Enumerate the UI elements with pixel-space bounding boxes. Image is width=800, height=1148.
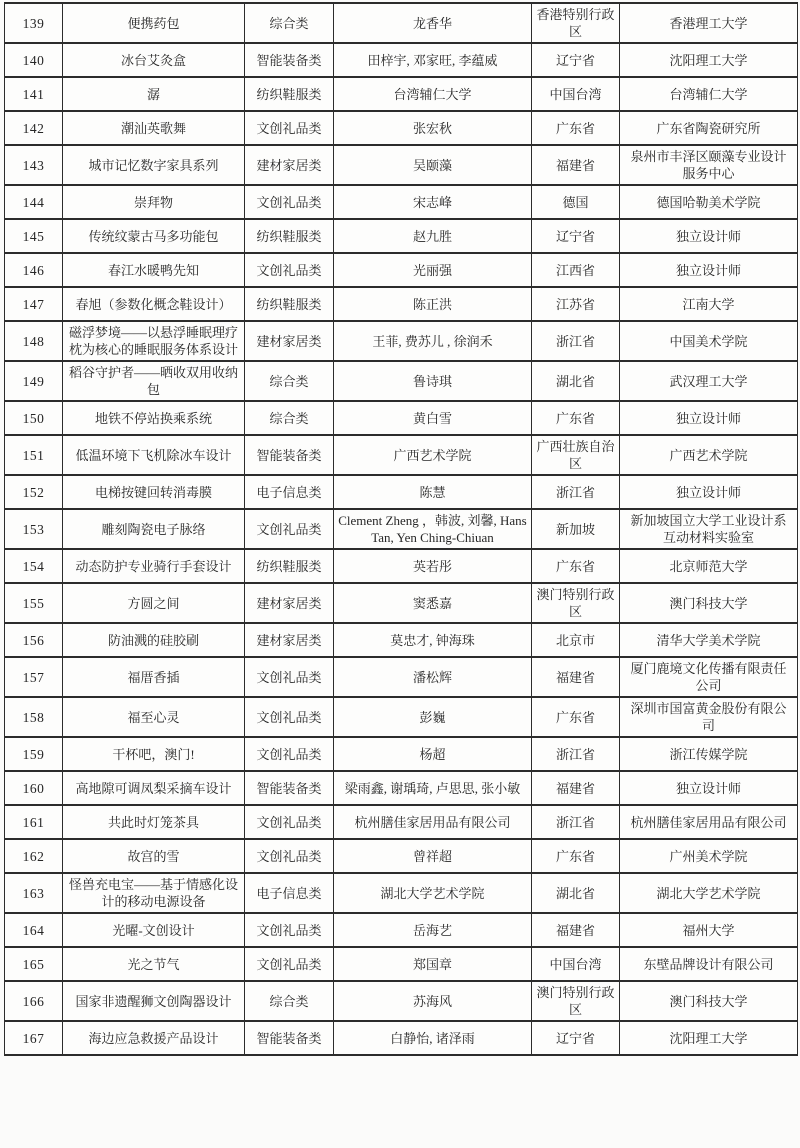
cell-entry-number: 142 [5,111,63,145]
cell-entry-number: 156 [5,623,63,657]
table-row: 153 雕刻陶瓷电子脉络 文创礼品类 Clement Zheng ，韩波, 刘馨… [5,509,798,549]
cell-entry-number: 141 [5,77,63,111]
cell-institution: 独立设计师 [620,771,798,805]
cell-work-title: 光曜-文创设计 [63,913,245,947]
cell-designers: 台湾辅仁大学 [334,77,532,111]
cell-region: 辽宁省 [532,1021,620,1055]
cell-region: 广东省 [532,697,620,737]
cell-institution: 沈阳理工大学 [620,43,798,77]
cell-entry-number: 143 [5,145,63,185]
cell-designers: 光丽强 [334,253,532,287]
cell-category: 建材家居类 [245,583,334,623]
cell-designers: 鲁诗琪 [334,361,532,401]
cell-work-title: 海边应急救援产品设计 [63,1021,245,1055]
table-row: 162 故宫的雪 文创礼品类 曾祥超 广东省 广州美术学院 [5,839,798,873]
cell-designers: 广西艺术学院 [334,435,532,475]
cell-institution: 清华大学美术学院 [620,623,798,657]
cell-designers: 英若彤 [334,549,532,583]
cell-institution: 泉州市丰泽区颐藻专业设计服务中心 [620,145,798,185]
cell-designers: 宋志峰 [334,185,532,219]
cell-region: 江苏省 [532,287,620,321]
cell-designers: 吴颐藻 [334,145,532,185]
cell-region: 福建省 [532,771,620,805]
cell-designers: 杭州膳佳家居用品有限公司 [334,805,532,839]
cell-region: 浙江省 [532,475,620,509]
table-row: 152 电梯按键回转消毒膜 电子信息类 陈慧 浙江省 独立设计师 [5,475,798,509]
cell-region: 中国台湾 [532,77,620,111]
cell-region: 广东省 [532,111,620,145]
cell-category: 文创礼品类 [245,913,334,947]
cell-category: 纺织鞋服类 [245,549,334,583]
cell-category: 文创礼品类 [245,657,334,697]
cell-region: 湖北省 [532,873,620,913]
cell-entry-number: 139 [5,3,63,43]
cell-category: 文创礼品类 [245,185,334,219]
table-row: 143 城市记忆数字家具系列 建材家居类 吴颐藻 福建省 泉州市丰泽区颐藻专业设… [5,145,798,185]
cell-work-title: 稻谷守护者——晒收双用收纳包 [63,361,245,401]
cell-entry-number: 146 [5,253,63,287]
table-row: 150 地铁不停站换乘系统 综合类 黄白雪 广东省 独立设计师 [5,401,798,435]
cell-designers: 郑国章 [334,947,532,981]
cell-entry-number: 160 [5,771,63,805]
cell-designers: 苏海风 [334,981,532,1021]
cell-category: 智能装备类 [245,771,334,805]
cell-institution: 武汉理工大学 [620,361,798,401]
cell-designers: Clement Zheng ，韩波, 刘馨, Hans Tan, Yen Chi… [334,509,532,549]
cell-category: 电子信息类 [245,475,334,509]
cell-designers: 赵九胜 [334,219,532,253]
table-row: 164 光曜-文创设计 文创礼品类 岳海艺 福建省 福州大学 [5,913,798,947]
cell-category: 文创礼品类 [245,509,334,549]
cell-entry-number: 152 [5,475,63,509]
cell-category: 文创礼品类 [245,737,334,771]
cell-entry-number: 140 [5,43,63,77]
cell-institution: 东壁品牌设计有限公司 [620,947,798,981]
cell-category: 建材家居类 [245,321,334,361]
cell-institution: 独立设计师 [620,401,798,435]
cell-category: 纺织鞋服类 [245,219,334,253]
cell-region: 澳门特别行政区 [532,981,620,1021]
table-row: 154 动态防护专业骑行手套设计 纺织鞋服类 英若彤 广东省 北京师范大学 [5,549,798,583]
cell-designers: 杨超 [334,737,532,771]
cell-entry-number: 167 [5,1021,63,1055]
award-list-table: 139 便携药包 综合类 龙香华 香港特别行政区 香港理工大学 140 冰台艾灸… [4,2,798,1056]
cell-entry-number: 159 [5,737,63,771]
cell-category: 智能装备类 [245,435,334,475]
cell-institution: 中国美术学院 [620,321,798,361]
cell-region: 江西省 [532,253,620,287]
cell-work-title: 怪兽充电宝——基于情感化设计的移动电源设备 [63,873,245,913]
cell-category: 纺织鞋服类 [245,77,334,111]
cell-institution: 独立设计师 [620,219,798,253]
cell-work-title: 国家非遗醒狮文创陶器设计 [63,981,245,1021]
table-row: 146 春江水暖鸭先知 文创礼品类 光丽强 江西省 独立设计师 [5,253,798,287]
table-row: 149 稻谷守护者——晒收双用收纳包 综合类 鲁诗琪 湖北省 武汉理工大学 [5,361,798,401]
cell-category: 综合类 [245,3,334,43]
cell-institution: 北京师范大学 [620,549,798,583]
cell-category: 建材家居类 [245,623,334,657]
cell-designers: 白静怡, 诸泽雨 [334,1021,532,1055]
cell-work-title: 方圆之间 [63,583,245,623]
cell-region: 广东省 [532,839,620,873]
cell-institution: 广州美术学院 [620,839,798,873]
cell-region: 广东省 [532,401,620,435]
cell-entry-number: 161 [5,805,63,839]
cell-designers: 窦悉嘉 [334,583,532,623]
cell-designers: 陈正洪 [334,287,532,321]
cell-institution: 浙江传媒学院 [620,737,798,771]
cell-designers: 王菲, 费苏儿 , 徐润禾 [334,321,532,361]
cell-institution: 澳门科技大学 [620,981,798,1021]
cell-category: 文创礼品类 [245,839,334,873]
cell-work-title: 干杯吧，澳门! [63,737,245,771]
cell-institution: 新加坡国立大学工业设计系互动材料实验室 [620,509,798,549]
cell-region: 湖北省 [532,361,620,401]
cell-entry-number: 151 [5,435,63,475]
cell-institution: 台湾辅仁大学 [620,77,798,111]
table-row: 139 便携药包 综合类 龙香华 香港特别行政区 香港理工大学 [5,3,798,43]
table-row: 157 福厝香插 文创礼品类 潘松辉 福建省 厦门鹿境文化传播有限责任公司 [5,657,798,697]
cell-category: 建材家居类 [245,145,334,185]
cell-region: 福建省 [532,657,620,697]
cell-designers: 张宏秋 [334,111,532,145]
cell-category: 文创礼品类 [245,805,334,839]
cell-work-title: 动态防护专业骑行手套设计 [63,549,245,583]
cell-category: 智能装备类 [245,43,334,77]
cell-work-title: 崇拜物 [63,185,245,219]
cell-work-title: 低温环境下飞机除冰车设计 [63,435,245,475]
cell-institution: 独立设计师 [620,475,798,509]
table-row: 167 海边应急救援产品设计 智能装备类 白静怡, 诸泽雨 辽宁省 沈阳理工大学 [5,1021,798,1055]
cell-work-title: 传统纹蒙古马多功能包 [63,219,245,253]
cell-entry-number: 150 [5,401,63,435]
cell-designers: 梁雨鑫, 谢瑀琦, 卢思思, 张小敏 [334,771,532,805]
cell-work-title: 共此时灯笼茶具 [63,805,245,839]
cell-category: 综合类 [245,981,334,1021]
table-row: 159 干杯吧，澳门! 文创礼品类 杨超 浙江省 浙江传媒学院 [5,737,798,771]
cell-designers: 黄白雪 [334,401,532,435]
cell-category: 文创礼品类 [245,947,334,981]
cell-entry-number: 163 [5,873,63,913]
cell-entry-number: 162 [5,839,63,873]
cell-entry-number: 155 [5,583,63,623]
cell-designers: 岳海艺 [334,913,532,947]
cell-work-title: 磁浮梦境——以悬浮睡眠理疗枕为核心的睡眠服务体系设计 [63,321,245,361]
cell-institution: 澳门科技大学 [620,583,798,623]
cell-category: 文创礼品类 [245,111,334,145]
cell-region: 福建省 [532,913,620,947]
cell-category: 智能装备类 [245,1021,334,1055]
cell-entry-number: 164 [5,913,63,947]
cell-institution: 深圳市国富黄金股份有限公司 [620,697,798,737]
cell-work-title: 光之节气 [63,947,245,981]
cell-entry-number: 165 [5,947,63,981]
cell-category: 电子信息类 [245,873,334,913]
cell-institution: 独立设计师 [620,253,798,287]
cell-designers: 曾祥超 [334,839,532,873]
cell-institution: 杭州膳佳家居用品有限公司 [620,805,798,839]
table-row: 145 传统纹蒙古马多功能包 纺织鞋服类 赵九胜 辽宁省 独立设计师 [5,219,798,253]
cell-work-title: 福厝香插 [63,657,245,697]
cell-designers: 潘松辉 [334,657,532,697]
cell-institution: 广西艺术学院 [620,435,798,475]
cell-institution: 福州大学 [620,913,798,947]
cell-entry-number: 157 [5,657,63,697]
cell-institution: 江南大学 [620,287,798,321]
cell-work-title: 故宫的雪 [63,839,245,873]
cell-region: 澳门特别行政区 [532,583,620,623]
cell-work-title: 冰台艾灸盒 [63,43,245,77]
cell-region: 新加坡 [532,509,620,549]
cell-region: 北京市 [532,623,620,657]
cell-work-title: 春江水暖鸭先知 [63,253,245,287]
table-body: 139 便携药包 综合类 龙香华 香港特别行政区 香港理工大学 140 冰台艾灸… [5,3,798,1055]
cell-designers: 湖北大学艺术学院 [334,873,532,913]
cell-category: 综合类 [245,361,334,401]
cell-work-title: 雕刻陶瓷电子脉络 [63,509,245,549]
table-row: 140 冰台艾灸盒 智能装备类 田梓宇, 邓家旺, 李蕴威 辽宁省 沈阳理工大学 [5,43,798,77]
cell-institution: 厦门鹿境文化传播有限责任公司 [620,657,798,697]
cell-designers: 田梓宇, 邓家旺, 李蕴威 [334,43,532,77]
cell-entry-number: 158 [5,697,63,737]
cell-work-title: 防油溅的硅胶刷 [63,623,245,657]
cell-entry-number: 149 [5,361,63,401]
cell-entry-number: 154 [5,549,63,583]
table-row: 151 低温环境下飞机除冰车设计 智能装备类 广西艺术学院 广西壮族自治区 广西… [5,435,798,475]
table-row: 147 春旭（参数化概念鞋设计） 纺织鞋服类 陈正洪 江苏省 江南大学 [5,287,798,321]
cell-region: 浙江省 [532,737,620,771]
cell-work-title: 电梯按键回转消毒膜 [63,475,245,509]
cell-region: 辽宁省 [532,43,620,77]
cell-institution: 德国哈勒美术学院 [620,185,798,219]
cell-region: 香港特别行政区 [532,3,620,43]
cell-work-title: 高地隙可调凤梨采摘车设计 [63,771,245,805]
table-row: 142 潮汕英歌舞 文创礼品类 张宏秋 广东省 广东省陶瓷研究所 [5,111,798,145]
table-row: 166 国家非遗醒狮文创陶器设计 综合类 苏海风 澳门特别行政区 澳门科技大学 [5,981,798,1021]
cell-entry-number: 147 [5,287,63,321]
cell-category: 综合类 [245,401,334,435]
cell-designers: 龙香华 [334,3,532,43]
cell-region: 广东省 [532,549,620,583]
cell-region: 浙江省 [532,805,620,839]
table-row: 148 磁浮梦境——以悬浮睡眠理疗枕为核心的睡眠服务体系设计 建材家居类 王菲,… [5,321,798,361]
cell-institution: 广东省陶瓷研究所 [620,111,798,145]
cell-work-title: 潮汕英歌舞 [63,111,245,145]
cell-entry-number: 148 [5,321,63,361]
table-row: 161 共此时灯笼茶具 文创礼品类 杭州膳佳家居用品有限公司 浙江省 杭州膳佳家… [5,805,798,839]
cell-entry-number: 144 [5,185,63,219]
cell-work-title: 便携药包 [63,3,245,43]
cell-region: 辽宁省 [532,219,620,253]
cell-designers: 彭巍 [334,697,532,737]
table-row: 141 潺 纺织鞋服类 台湾辅仁大学 中国台湾 台湾辅仁大学 [5,77,798,111]
cell-category: 纺织鞋服类 [245,287,334,321]
table-row: 144 崇拜物 文创礼品类 宋志峰 德国 德国哈勒美术学院 [5,185,798,219]
cell-category: 文创礼品类 [245,253,334,287]
cell-entry-number: 145 [5,219,63,253]
table-row: 160 高地隙可调凤梨采摘车设计 智能装备类 梁雨鑫, 谢瑀琦, 卢思思, 张小… [5,771,798,805]
cell-region: 中国台湾 [532,947,620,981]
table-row: 165 光之节气 文创礼品类 郑国章 中国台湾 东壁品牌设计有限公司 [5,947,798,981]
cell-work-title: 城市记忆数字家具系列 [63,145,245,185]
cell-designers: 陈慧 [334,475,532,509]
cell-region: 广西壮族自治区 [532,435,620,475]
cell-entry-number: 153 [5,509,63,549]
cell-category: 文创礼品类 [245,697,334,737]
cell-institution: 香港理工大学 [620,3,798,43]
table-row: 163 怪兽充电宝——基于情感化设计的移动电源设备 电子信息类 湖北大学艺术学院… [5,873,798,913]
table-row: 156 防油溅的硅胶刷 建材家居类 莫忠才, 钟海珠 北京市 清华大学美术学院 [5,623,798,657]
cell-work-title: 潺 [63,77,245,111]
cell-region: 福建省 [532,145,620,185]
cell-work-title: 地铁不停站换乘系统 [63,401,245,435]
cell-region: 浙江省 [532,321,620,361]
cell-entry-number: 166 [5,981,63,1021]
cell-institution: 湖北大学艺术学院 [620,873,798,913]
cell-work-title: 福至心灵 [63,697,245,737]
table-row: 158 福至心灵 文创礼品类 彭巍 广东省 深圳市国富黄金股份有限公司 [5,697,798,737]
cell-designers: 莫忠才, 钟海珠 [334,623,532,657]
cell-institution: 沈阳理工大学 [620,1021,798,1055]
table-row: 155 方圆之间 建材家居类 窦悉嘉 澳门特别行政区 澳门科技大学 [5,583,798,623]
cell-work-title: 春旭（参数化概念鞋设计） [63,287,245,321]
cell-region: 德国 [532,185,620,219]
